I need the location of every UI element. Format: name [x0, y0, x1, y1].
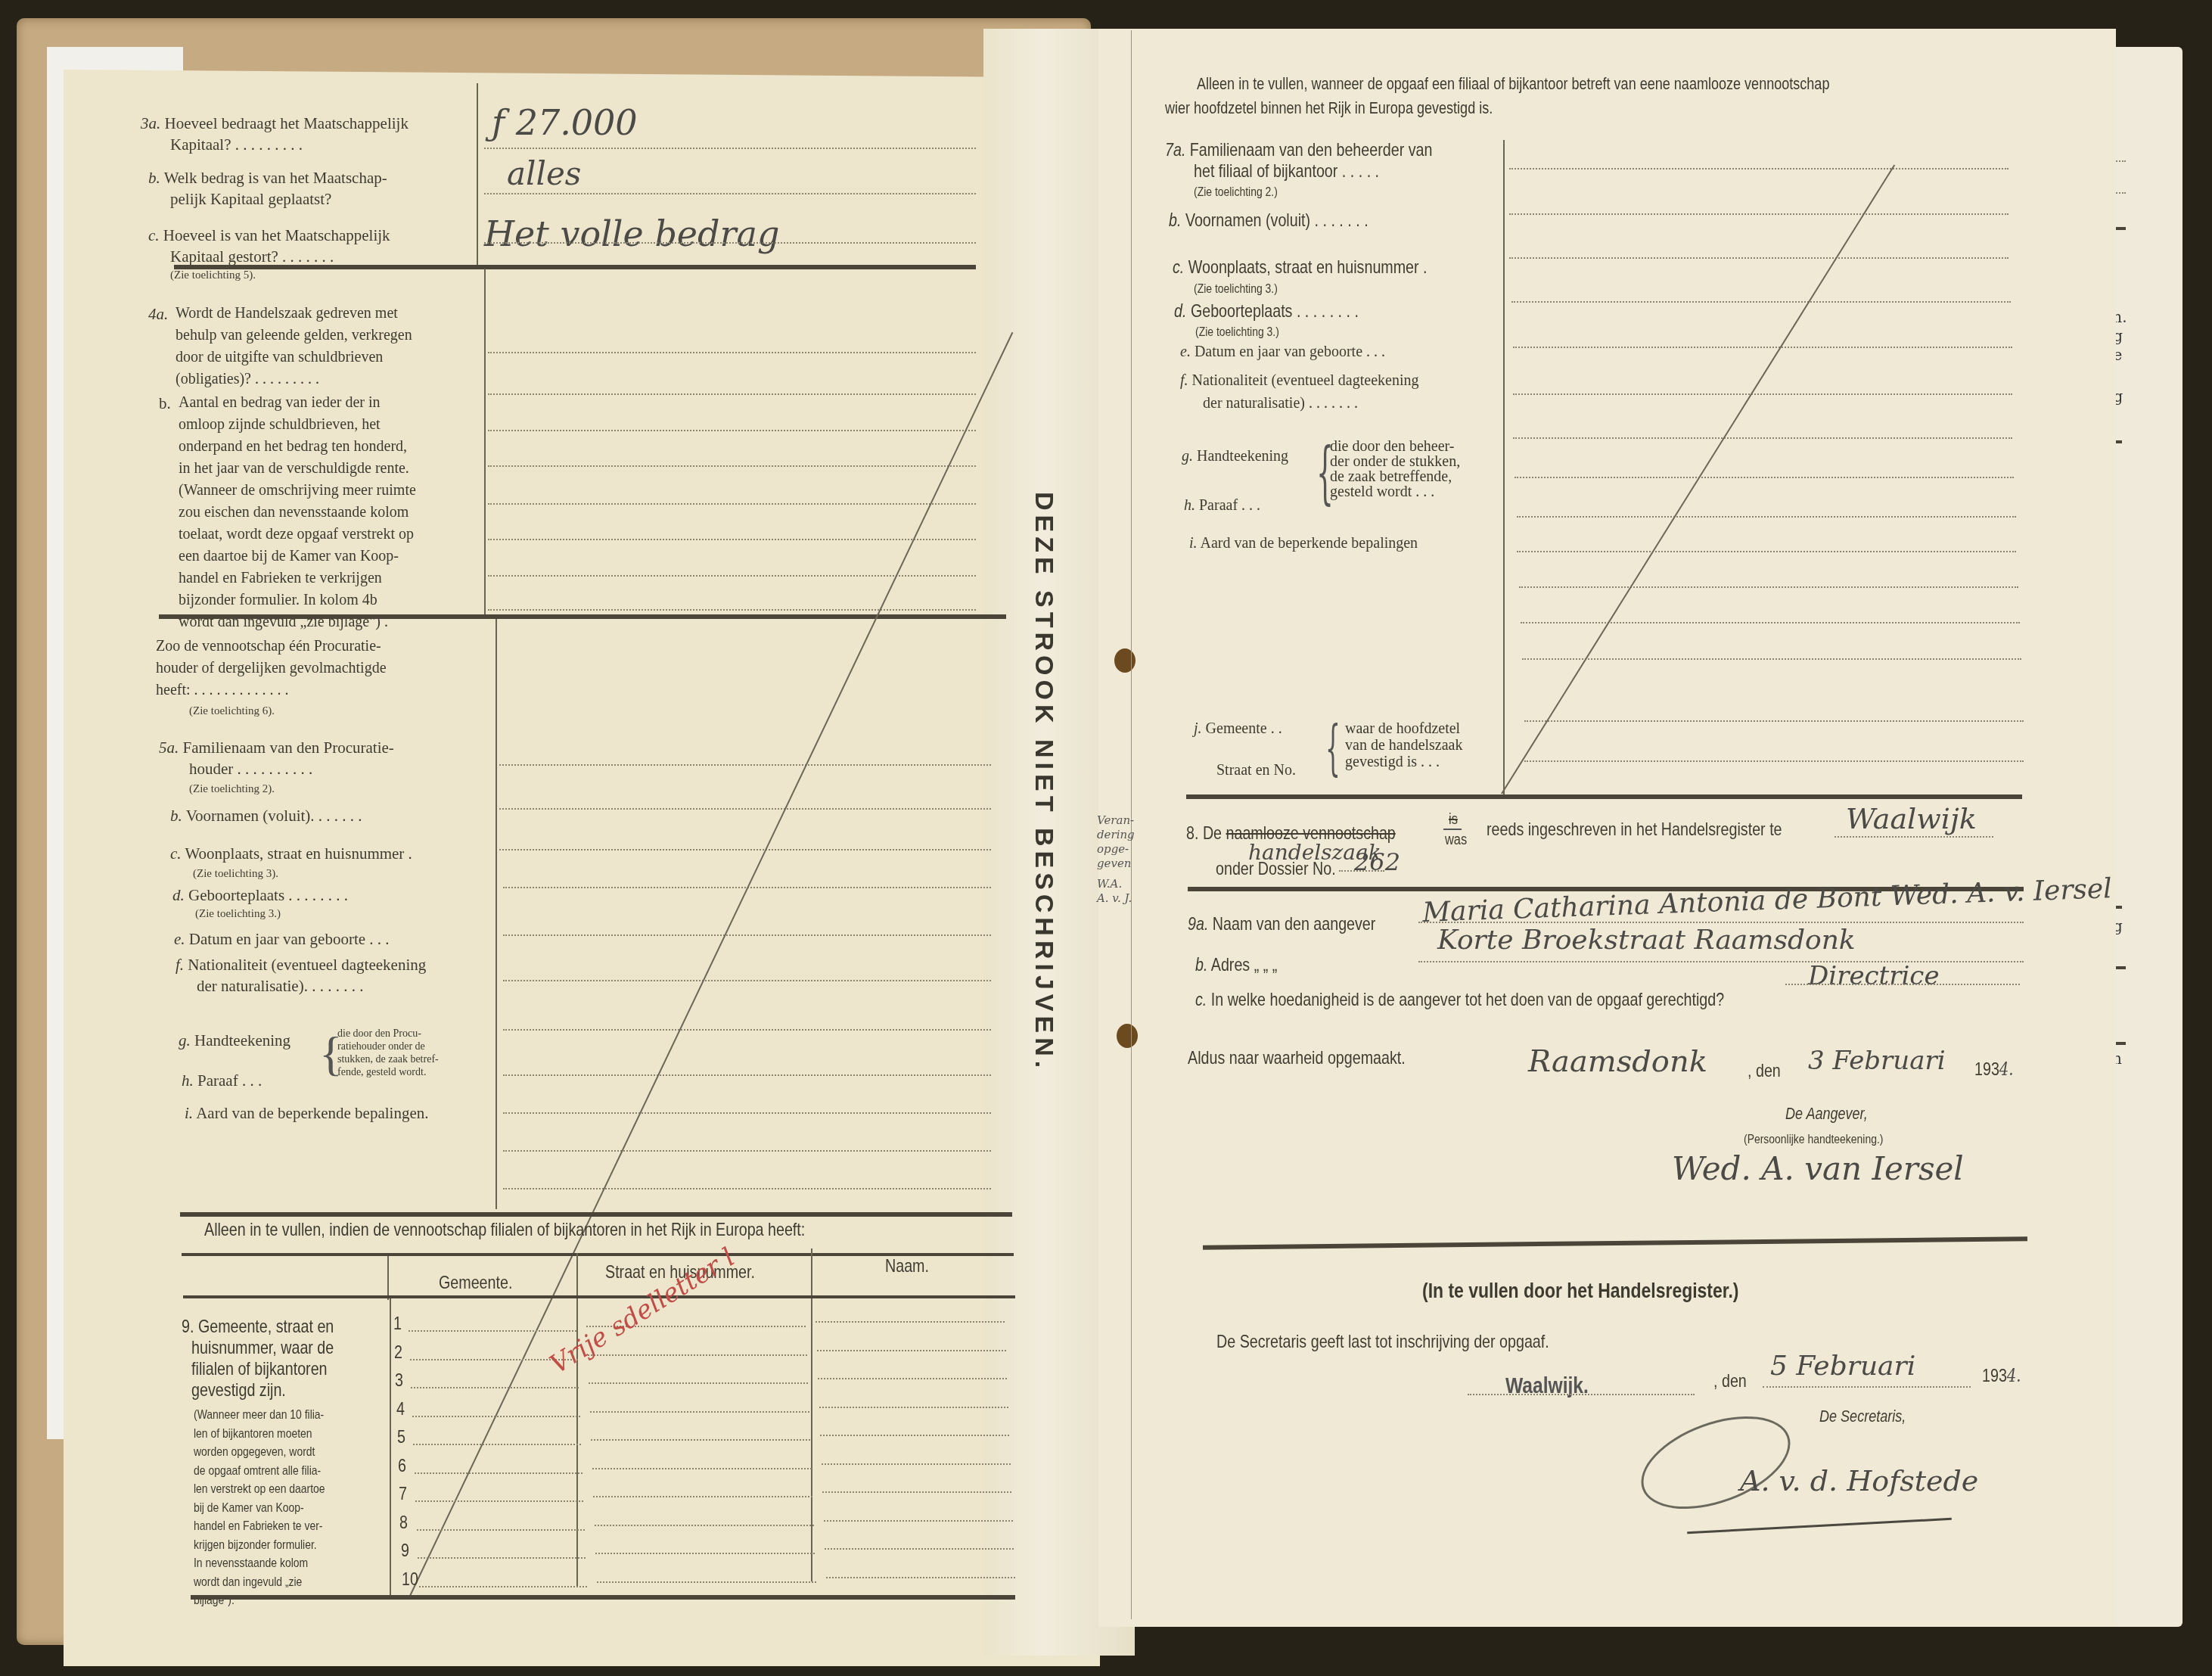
q8-number: 8. — [1186, 823, 1198, 844]
q7gh-brace-text: die door den beheer- der onder de stukke… — [1330, 439, 1460, 499]
q9c-number: c. — [1195, 990, 1207, 1010]
q7a-label: Familienaam van den beheerder van — [1190, 140, 1433, 160]
q7g-number: g. — [1182, 448, 1193, 465]
q5e-field[interactable] — [503, 934, 991, 936]
q7c-note: (Zie toelichting 3.) — [1194, 278, 1278, 299]
q8-prefix: De — [1203, 823, 1222, 844]
q5e-number: e. — [174, 930, 185, 948]
branch-straat-field[interactable] — [591, 1439, 810, 1441]
q3b-number: b. — [148, 169, 160, 187]
branch-row-number: 9 — [401, 1541, 409, 1561]
q5g-field[interactable] — [503, 1029, 991, 1031]
branch-row-number: 6 — [398, 1456, 406, 1476]
q5a-label-2: houder . . . . . . . . . . — [189, 759, 312, 779]
q4a-number: 4a. — [148, 305, 168, 323]
q5b-number: b. — [170, 807, 182, 825]
q7f-label-2: der naturalisatie) . . . . . . . — [1203, 393, 1358, 414]
punch-hole — [1117, 1024, 1138, 1048]
q7c-number: c. — [1173, 257, 1184, 278]
branch-straat-field[interactable] — [592, 1468, 812, 1469]
q5a-note: (Zie toelichting 2). — [189, 782, 275, 797]
q5gh-brace-text: die door den Procu- ratiehouder onder de… — [337, 1028, 439, 1079]
q8-is: is — [1449, 810, 1458, 830]
branch-straat-field[interactable] — [593, 1496, 812, 1497]
q5h-field[interactable] — [503, 1074, 991, 1076]
q7c-field[interactable] — [1509, 257, 2009, 259]
q7e-label: Datum en jaar van geboorte . . . — [1195, 344, 1385, 360]
branch-naam-field[interactable] — [819, 1407, 1008, 1408]
q7j-straat-field[interactable] — [1524, 760, 2024, 762]
q5f-number: f. — [176, 956, 184, 974]
q9a-label: Naam van den aangever — [1213, 914, 1376, 934]
q3a-label: Hoeveel bedraagt het Maatschappelijk — [165, 114, 409, 132]
q3a-label-2: Kapitaal? . . . . . . . . . — [170, 135, 303, 155]
registry-date[interactable]: 5 Februari — [1770, 1351, 1915, 1382]
branch-row-number: 10 — [402, 1569, 418, 1590]
q3a-answer[interactable]: ƒ 27.000 — [492, 102, 638, 143]
strip-margin-note: Veran- dering opge- geven W.A. A. v. J. — [1097, 813, 1135, 906]
branch-straat-field[interactable] — [595, 1525, 814, 1526]
q4b-number: b. — [159, 393, 171, 414]
branch-row-number: 8 — [399, 1513, 408, 1533]
q5f-label-2: der naturalisatie). . . . . . . . — [197, 976, 363, 997]
branch-naam-field[interactable] — [822, 1491, 1011, 1493]
q3c-number: c. — [148, 226, 160, 244]
q7j-number: j. — [1194, 720, 1202, 737]
declaration-den: , den — [1748, 1061, 1781, 1081]
registry-secretary-title: De Secretaris, — [1819, 1406, 1906, 1426]
q3c-note: (Zie toelichting 5). — [170, 268, 256, 283]
q7c-label: Woonplaats, straat en huisnummer . — [1188, 257, 1428, 278]
registry-den: , den — [1713, 1371, 1747, 1391]
q8-dossier-value[interactable]: 262 — [1354, 847, 1400, 876]
column-naam: Naam. — [885, 1256, 929, 1276]
q7i-label: Aard van de beperkende bepalingen — [1200, 535, 1418, 552]
q7a-number: 7a. — [1165, 140, 1185, 160]
q8-was: was — [1445, 830, 1467, 850]
declaration-signer-title: De Aangever, — [1785, 1103, 1868, 1124]
strip-warning: DEZE STROOK NIET BESCHRIJVEN. — [1029, 492, 1058, 1072]
column-gemeente: Gemeente. — [439, 1273, 512, 1293]
branch-straat-field[interactable] — [595, 1553, 815, 1554]
q5b-field[interactable] — [499, 808, 991, 810]
q5d-label: Geboorteplaats . . . . . . . . — [188, 886, 348, 904]
q9c-value[interactable]: Directrice — [1808, 961, 1940, 991]
rp-intro-2: wier hoofdzetel binnen het Rijk in Europ… — [1165, 98, 1493, 118]
q5f-field[interactable] — [503, 980, 991, 981]
registry-year-suffix[interactable]: 4. — [2007, 1365, 2021, 1386]
q7d-number: d. — [1174, 301, 1186, 322]
q3c-label-2: Kapitaal gestort? . . . . . . . — [170, 247, 334, 267]
branch-row-number: 1 — [393, 1314, 402, 1334]
q7j-field[interactable] — [1524, 720, 2024, 722]
declaration-year-suffix[interactable]: 4. — [1999, 1059, 2014, 1080]
q7d-field[interactable] — [1511, 301, 2011, 303]
branch-row-number: 7 — [399, 1484, 407, 1504]
q4a-label: Wordt de Handelszaak gedreven met behulp… — [176, 303, 412, 390]
q7g-field[interactable] — [1513, 437, 2012, 439]
q9b-label: Adres „ „ „ — [1211, 955, 1277, 975]
procuratie-intro: Zoo de vennootschap één Procuratie- houd… — [156, 636, 387, 701]
q7b-number: b. — [1169, 210, 1181, 231]
declaration-place[interactable]: Raamsdonk — [1528, 1044, 1707, 1079]
declaration-year-prefix: 193 — [1974, 1059, 1999, 1080]
branch-straat-field[interactable] — [597, 1581, 816, 1583]
branch-naam-field[interactable] — [824, 1520, 1013, 1522]
q5a-field[interactable] — [499, 764, 991, 766]
q7e-field[interactable] — [1513, 347, 2012, 348]
branch-gemeente-field[interactable] — [409, 1330, 576, 1332]
declaration-signature[interactable]: Wed. A. van Iersel — [1672, 1150, 1964, 1187]
rp-intro-1: Alleen in te vullen, wanneer de opgaaf e… — [1197, 74, 1829, 94]
branch-naam-field[interactable] — [822, 1463, 1011, 1465]
q8-middle: reeds ingeschreven in het Handelsregiste… — [1487, 819, 1782, 840]
branch-gemeente-field[interactable] — [419, 1586, 587, 1587]
registry-instruction: De Secretaris geeft last tot inschrijvin… — [1216, 1332, 1549, 1352]
q9b-value[interactable]: Korte Broekstraat Raamsdonk — [1437, 925, 1856, 956]
q7h-field[interactable] — [1515, 477, 2014, 478]
q7e-number: e. — [1180, 344, 1191, 360]
branch-straat-field[interactable] — [590, 1411, 809, 1413]
q9-note: (Wanneer meer dan 10 filia- len of bijka… — [194, 1406, 325, 1610]
q3b-answer[interactable]: alles — [507, 155, 581, 192]
q3c-label: Hoeveel is van het Maatschappelijk — [163, 226, 390, 244]
q5d-note: (Zie toelichting 3.) — [195, 906, 281, 922]
procuratie-note: (Zie toelichting 6). — [189, 704, 275, 719]
branch-gemeente-field[interactable] — [415, 1472, 583, 1474]
q5g-number: g. — [179, 1031, 191, 1049]
q5i-number: i. — [185, 1104, 193, 1122]
branch-naam-field[interactable] — [825, 1548, 1014, 1550]
branch-gemeente-field[interactable] — [413, 1444, 581, 1445]
q7g-label: Handteekening — [1197, 448, 1288, 465]
branch-gemeente-field[interactable] — [411, 1387, 579, 1388]
q3c-answer[interactable]: Het volle bedrag — [484, 213, 779, 254]
q7d-label: Geboorteplaats . . . . . . . . — [1191, 301, 1359, 322]
q5b-label: Voornamen (voluit). . . . . . . — [186, 807, 362, 825]
branches-intro: Alleen in te vullen, indien de vennootsc… — [204, 1220, 805, 1241]
q5h-number: h. — [182, 1071, 194, 1090]
q7j-label-2: Straat en No. — [1216, 760, 1296, 781]
q3b-label-2: pelijk Kapitaal geplaatst? — [170, 189, 331, 210]
q4b-label: Aantal en bedrag van ieder der in omloop… — [179, 392, 416, 633]
q7b-label: Voornamen (voluit) . . . . . . . — [1185, 210, 1369, 231]
q5e-label: Datum en jaar van geboorte . . . — [189, 930, 390, 948]
branch-straat-field[interactable] — [589, 1382, 808, 1384]
punch-hole — [1114, 648, 1136, 673]
branch-gemeente-field[interactable] — [418, 1557, 586, 1559]
q5c-label: Woonplaats, straat en huisnummer . — [185, 844, 412, 863]
registry-signature[interactable]: A. v. d. Hofstede — [1740, 1464, 1978, 1497]
q9a-number: 9a. — [1188, 914, 1208, 934]
branch-gemeente-field[interactable] — [415, 1500, 583, 1502]
q7j-brace-text: waar de hoofdzetel van de handelszaak ge… — [1345, 720, 1462, 770]
branch-row-number: 5 — [397, 1427, 405, 1447]
q5d-number: d. — [172, 886, 185, 904]
q5i-field[interactable] — [503, 1112, 991, 1114]
q5g-label: Handteekening — [194, 1031, 290, 1049]
q7b-field[interactable] — [1509, 213, 2009, 215]
q7a-label-2: het filiaal of bijkantoor . . . . . — [1194, 161, 1379, 182]
branch-row-number: 3 — [395, 1370, 403, 1391]
branch-row-number: 4 — [396, 1399, 405, 1419]
q9c-label: In welke hoedanigheid is de aangever tot… — [1211, 990, 1724, 1010]
branch-gemeente-field[interactable] — [417, 1529, 585, 1531]
q5f-label: Nationaliteit (eventueel dagteekening — [188, 956, 426, 974]
branch-row-number: 2 — [394, 1342, 402, 1363]
branch-naam-field[interactable] — [820, 1435, 1009, 1436]
registry-year-prefix: 193 — [1982, 1366, 2007, 1386]
declaration-date[interactable]: 3 Februari — [1808, 1046, 1946, 1076]
q5a-number: 5a. — [159, 738, 179, 757]
declaration-label: Aldus naar waarheid opgemaakt. — [1188, 1048, 1406, 1068]
q7h-number: h. — [1184, 497, 1195, 514]
q5a-label: Familienaam van den Procuratie- — [183, 738, 394, 757]
q5c-number: c. — [170, 844, 182, 863]
brace-icon: { — [1325, 719, 1341, 778]
branch-naam-field[interactable] — [816, 1321, 1005, 1323]
q3b-label: Welk bedrag is van het Maatschap- — [164, 169, 387, 187]
q7a-note: (Zie toelichting 2.) — [1194, 185, 1278, 200]
q7i-number: i. — [1189, 535, 1198, 552]
branch-naam-field[interactable] — [826, 1577, 1015, 1578]
q7j-label: Gemeente . . — [1206, 720, 1282, 737]
registry-heading: (In te vullen door het Handelsregister.) — [1422, 1279, 1738, 1303]
q3a-number: 3a. — [141, 114, 160, 132]
q5h-label: Paraaf . . . — [197, 1071, 262, 1090]
q8-place[interactable]: Waalwijk — [1846, 802, 1977, 835]
branch-naam-field[interactable] — [817, 1350, 1006, 1351]
q5c-note: (Zie toelichting 3). — [193, 866, 278, 882]
q9b-number: b. — [1195, 955, 1207, 975]
q9-label: 9. Gemeente, straat en huisnummer, waar … — [182, 1317, 334, 1401]
q7d-note: (Zie toelichting 3.) — [1195, 322, 1279, 342]
declaration-signer-note: (Persoonlijke handteekening.) — [1744, 1129, 1883, 1149]
q8-dossier-label: onder Dossier No. — [1216, 859, 1336, 879]
q7f-number: f. — [1180, 372, 1188, 389]
q7a-field[interactable] — [1509, 168, 2009, 169]
branch-gemeente-field[interactable] — [412, 1416, 580, 1417]
registry-place: Waalwijk. — [1505, 1376, 1589, 1396]
branch-straat-field[interactable] — [588, 1354, 807, 1356]
q7f-label: Nationaliteit (eventueel dagteekening — [1192, 372, 1419, 389]
q5c-field[interactable] — [499, 849, 991, 850]
q5i-label: Aard van de beperkende bepalingen. — [196, 1104, 428, 1122]
q7f-field[interactable] — [1513, 393, 2012, 395]
q7i-field[interactable] — [1517, 516, 2016, 518]
q7h-label: Paraaf . . . — [1199, 497, 1260, 514]
branch-naam-field[interactable] — [818, 1378, 1007, 1379]
